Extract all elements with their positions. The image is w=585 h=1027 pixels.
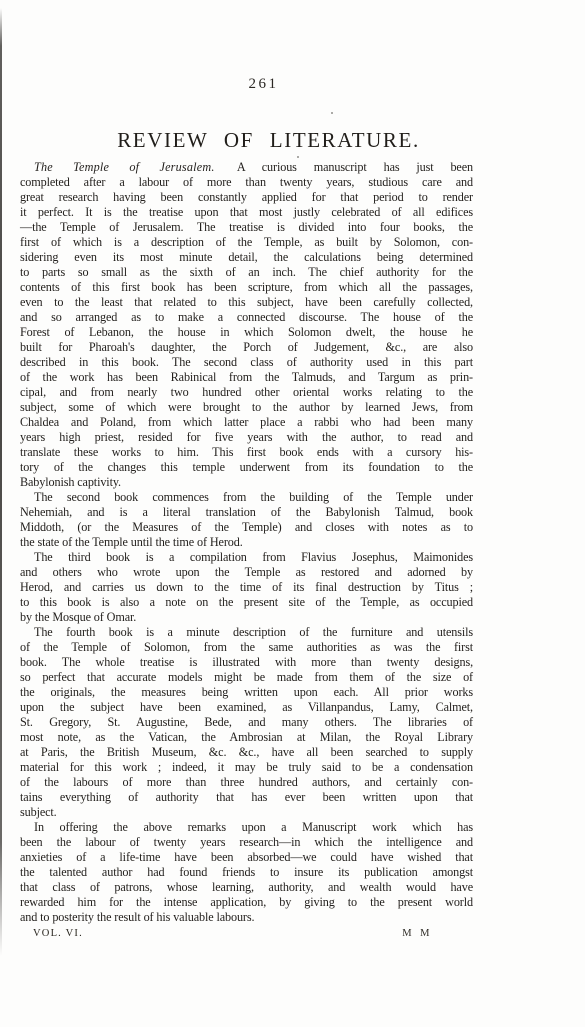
text-line: so perfect that accurate models might be… xyxy=(20,670,473,685)
paragraph: In offering the above remarks upon a Man… xyxy=(20,820,473,925)
text-line: material for this work ; indeed, it may … xyxy=(20,760,473,775)
text-line: most note, as the Vatican, the Ambrosian… xyxy=(20,730,473,745)
text-line: In offering the above remarks upon a Man… xyxy=(20,820,473,835)
paragraph: The third book is a compilation from Fla… xyxy=(20,550,473,625)
paragraph: The Temple of Jerusalem. A curious manus… xyxy=(20,160,473,490)
text-line: by the Mosque of Omar. xyxy=(20,610,473,625)
book-page: 261 REVIEW OF LITERATURE. The Temple of … xyxy=(0,0,585,1027)
text-line: built for Pharoah's daughter, the Porch … xyxy=(20,340,473,355)
text-line: rewarded him for the intense application… xyxy=(20,895,473,910)
text-line: Nehemiah, and is a literal translation o… xyxy=(20,505,473,520)
text-line: even to the least that related to this s… xyxy=(20,295,473,310)
body-text: The Temple of Jerusalem. A curious manus… xyxy=(20,160,473,925)
italic-lead: The Temple of Jerusalem. xyxy=(34,160,215,174)
text-line: years high priest, resided for five year… xyxy=(20,430,473,445)
text-line: of the labours of more than three hundre… xyxy=(20,775,473,790)
text-line: sidering even its most minute detail, th… xyxy=(20,250,473,265)
text-line: upon the subject have been examined, as … xyxy=(20,700,473,715)
text-line: great research having been constantly ap… xyxy=(20,190,473,205)
text-line: Herod, and carries us down to the time o… xyxy=(20,580,473,595)
text-line: and so arranged as to make a connected d… xyxy=(20,310,473,325)
footer-volume: VOL. VI. xyxy=(33,928,83,939)
text-line: of the Temple of Solomon, from the same … xyxy=(20,640,473,655)
text-line: it perfect. It is the treatise upon that… xyxy=(20,205,473,220)
text-line: of the work has been Rabinical from the … xyxy=(20,370,473,385)
paragraph: The second book commences from the build… xyxy=(20,490,473,550)
text-line: that class of patrons, whose learning, a… xyxy=(20,880,473,895)
footer-signature-mark: M M xyxy=(402,928,430,939)
page-title: REVIEW OF LITERATURE. xyxy=(42,128,495,152)
text-line: completed after a labour of more than tw… xyxy=(20,175,473,190)
text-line: been the labour of twenty years research… xyxy=(20,835,473,850)
text-line: The Temple of Jerusalem. A curious manus… xyxy=(20,160,473,175)
text-line: tains everything of authority that has e… xyxy=(20,790,473,805)
scan-edge-artifact xyxy=(0,8,2,956)
text-line: the talented author had found friends to… xyxy=(20,865,473,880)
text-line: contents of this first book has been scr… xyxy=(20,280,473,295)
text-line: The third book is a compilation from Fla… xyxy=(20,550,473,565)
text-line: Middoth, (or the Measures of the Temple)… xyxy=(20,520,473,535)
text-line: Chaldea and Poland, from which latter pl… xyxy=(20,415,473,430)
text-line: cipal, and from nearly two hundred other… xyxy=(20,385,473,400)
text-line: —the Temple of Jerusalem. The treatise i… xyxy=(20,220,473,235)
text-line: the state of the Temple until the time o… xyxy=(20,535,473,550)
text-line: Forest of Lebanon, the house in which So… xyxy=(20,325,473,340)
text-line: The second book commences from the build… xyxy=(20,490,473,505)
text-line: to parts so small as the sixth of an inc… xyxy=(20,265,473,280)
text-line: described in this book. The second class… xyxy=(20,355,473,370)
text-line: Babylonish captivity. xyxy=(20,475,473,490)
text-line: St. Gregory, St. Augustine, Bede, and ma… xyxy=(20,715,473,730)
text-line: subject. xyxy=(20,805,473,820)
text-line: and others who wrote upon the Temple as … xyxy=(20,565,473,580)
text-line: first of which is a description of the T… xyxy=(20,235,473,250)
text-line: book. The whole treatise is illustrated … xyxy=(20,655,473,670)
paragraph: The fourth book is a minute description … xyxy=(20,625,473,820)
text-line: translate these works to him. This first… xyxy=(20,445,473,460)
text-line: to this book is also a note on the prese… xyxy=(20,595,473,610)
scan-speck xyxy=(331,112,333,114)
text-line: The fourth book is a minute description … xyxy=(20,625,473,640)
text-line: the originals, the measures being writte… xyxy=(20,685,473,700)
scan-speck xyxy=(297,156,299,158)
page-number: 261 xyxy=(37,76,490,93)
text-line: tory of the changes this temple underwen… xyxy=(20,460,473,475)
text-line: anxieties of a life-time have been absor… xyxy=(20,850,473,865)
text-line: subject, some of which were brought to t… xyxy=(20,400,473,415)
text-line: at Paris, the British Museum, &c. &c., h… xyxy=(20,745,473,760)
page-footer: VOL. VI. M M xyxy=(20,928,473,939)
text-line: and to posterity the result of his valua… xyxy=(20,910,473,925)
